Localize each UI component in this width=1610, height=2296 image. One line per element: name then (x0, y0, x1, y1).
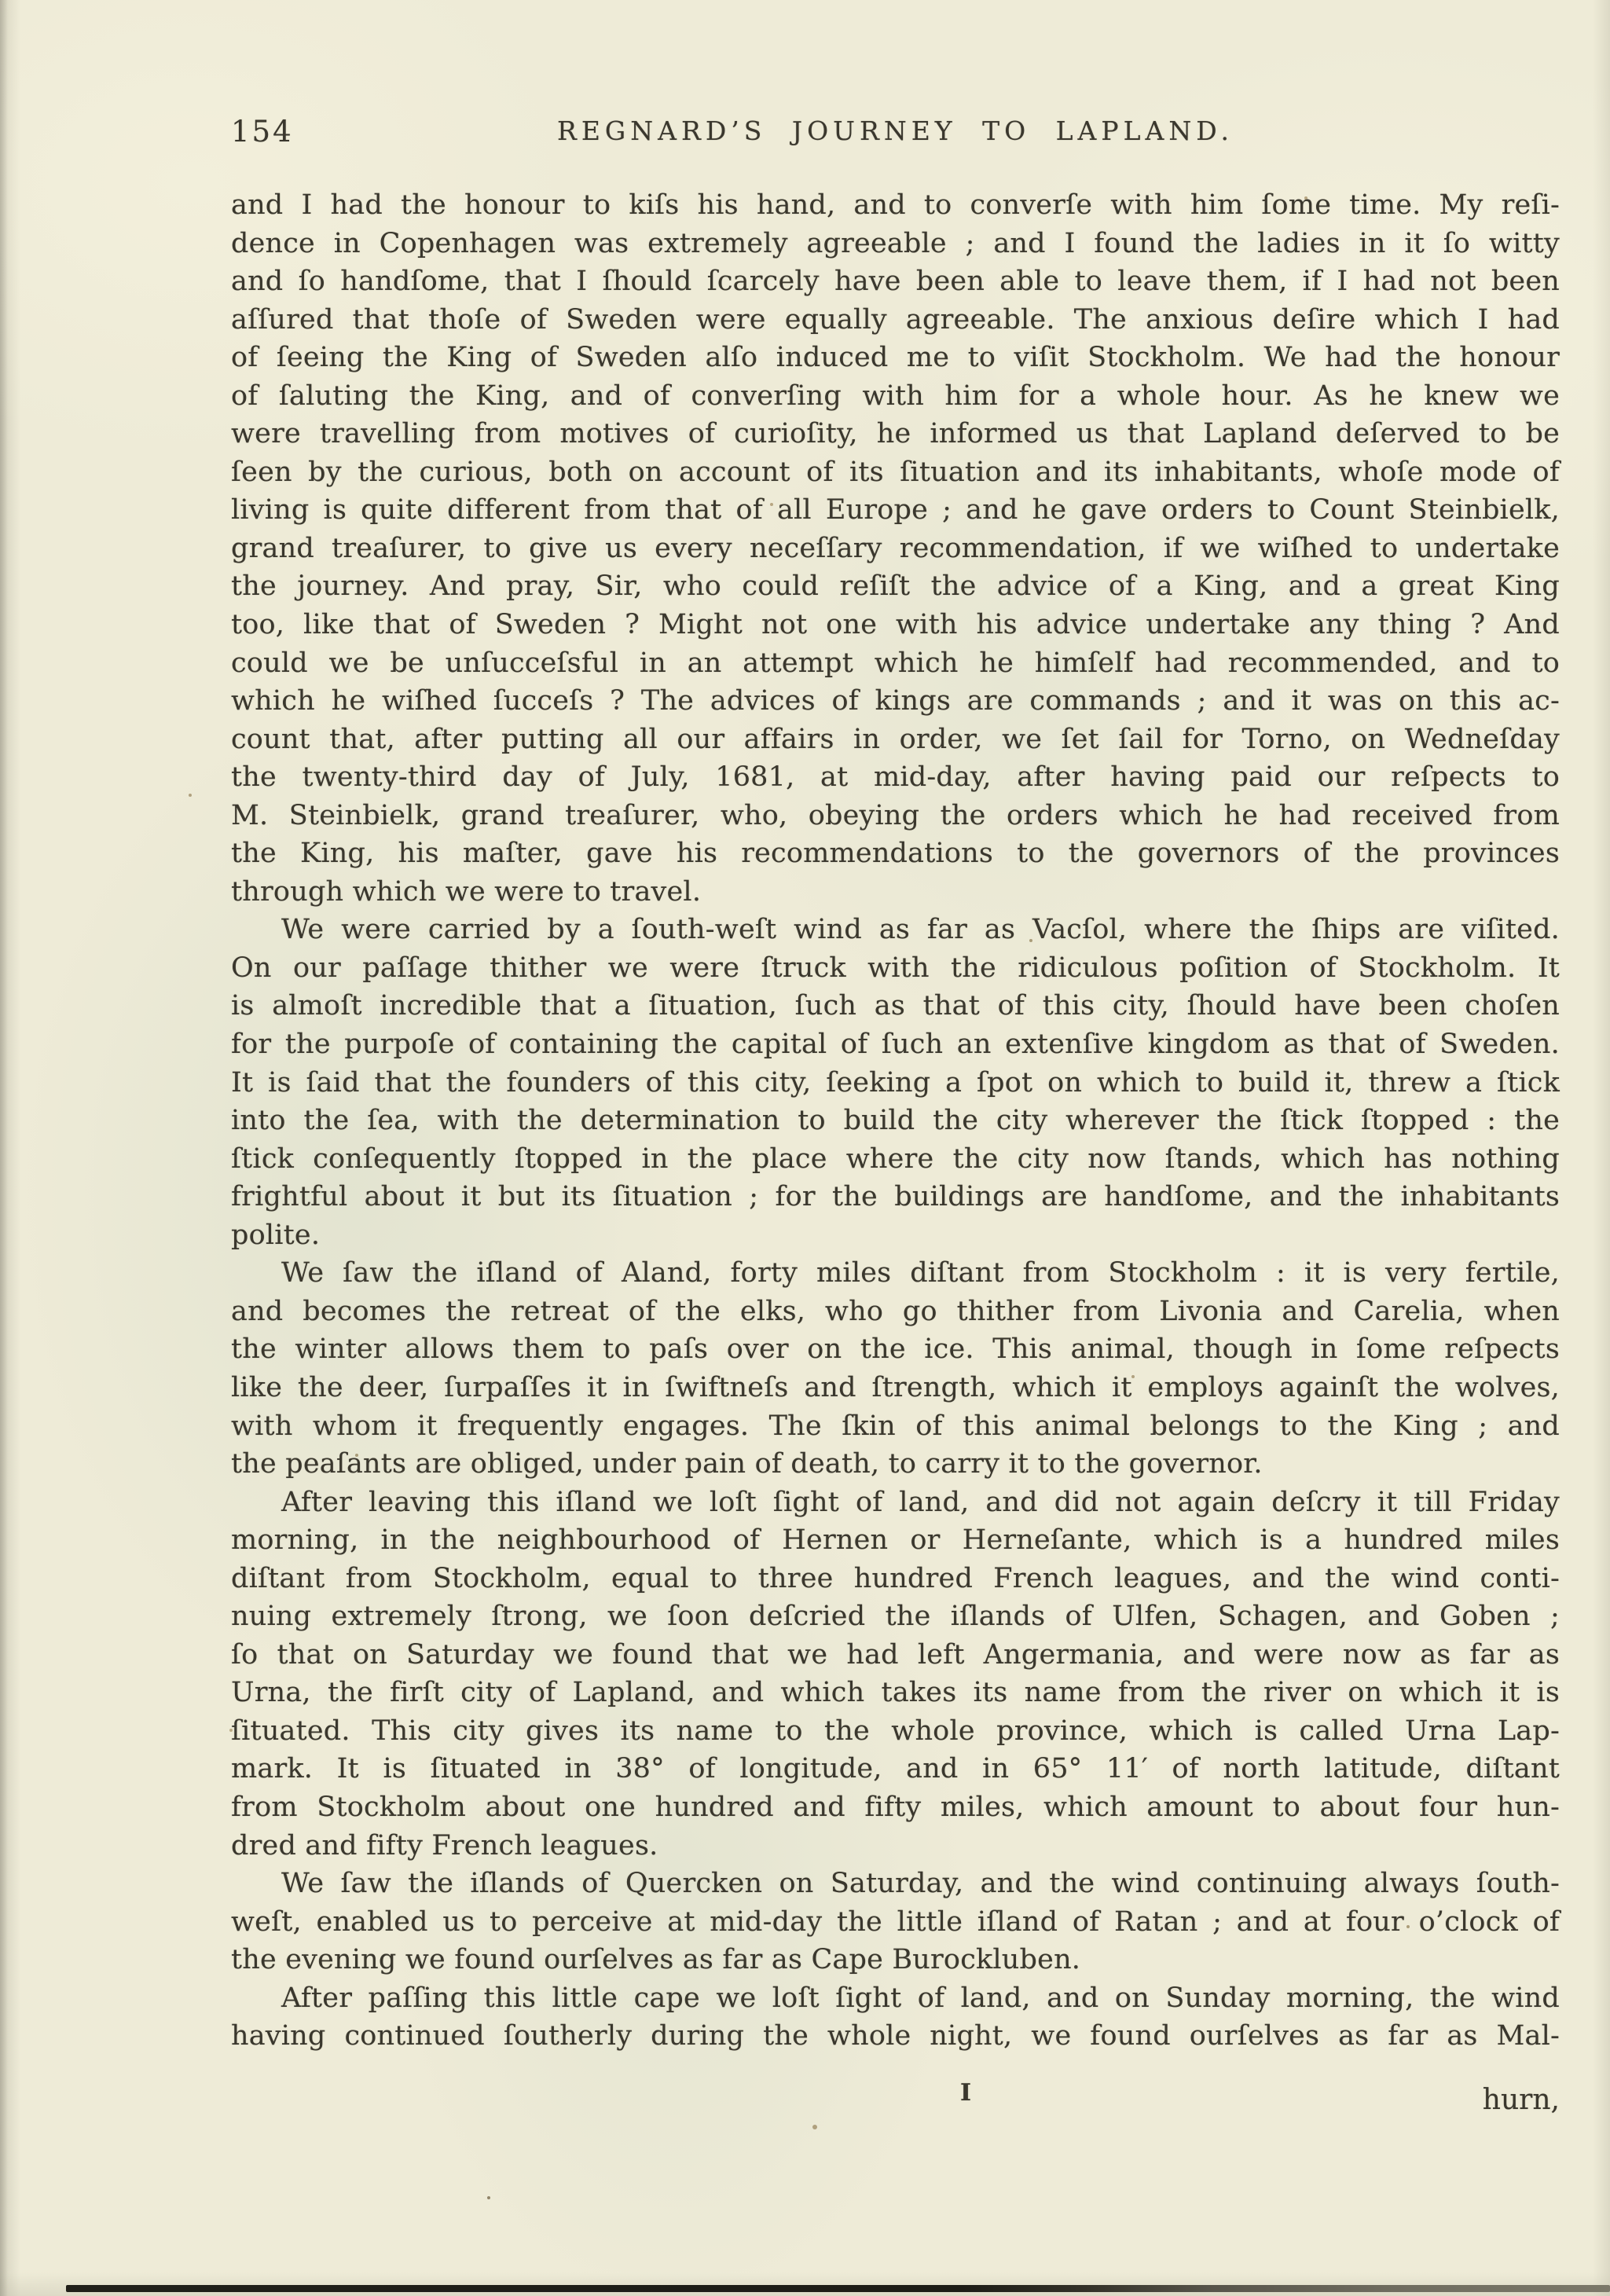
text-line: could we be unſucceſsful in an attempt w… (231, 644, 1560, 683)
text-line: count that, after putting all our affair… (231, 721, 1560, 759)
text-line: the evening we found ourſelves as far as… (231, 1941, 1560, 1979)
text-line: ſtick conſequently ſtopped in the place … (231, 1140, 1560, 1179)
text-line: After paſſing this little cape we loſt ſ… (231, 1979, 1560, 2018)
book-page-scan: 154 REGNARD’S JOURNEY TO LAPLAND. and I … (0, 0, 1610, 2296)
text-line: We ſaw the iſland of Aland, forty miles … (231, 1254, 1560, 1293)
text-line: the journey. And pray, Sir, who could re… (231, 567, 1560, 606)
text-line: were travelling from motives of curioſit… (231, 415, 1560, 453)
text-line: which he wiſhed ſucceſs ? The advices of… (231, 682, 1560, 721)
text-line: having continued ſoutherly during the wh… (231, 2017, 1560, 2056)
text-line: frightful about it but its ſituation ; f… (231, 1178, 1560, 1216)
text-line: diſtant from Stockholm, equal to three h… (231, 1560, 1560, 1598)
text-line: with whom it frequently engages. The ſki… (231, 1407, 1560, 1446)
text-line: from Stockholm about one hundred and fif… (231, 1788, 1560, 1827)
text-line: grand treaſurer, to give us every neceſſ… (231, 530, 1560, 568)
text-line: dence in Copenhagen was extremely agreea… (231, 225, 1560, 263)
text-line: ſeen by the curious, both on account of … (231, 453, 1560, 492)
catchword: hurn, (231, 2084, 1560, 2116)
text-line: Urna, the firſt city of Lapland, and whi… (231, 1674, 1560, 1712)
text-line: of ſeeing the King of Sweden alſo induce… (231, 339, 1560, 377)
text-line: is almoſt incredible that a ſituation, ſ… (231, 987, 1560, 1025)
text-line: morning, in the neighbourhood of Hernen … (231, 1521, 1560, 1560)
text-line: nuing extremely ſtrong, we ſoon deſcried… (231, 1597, 1560, 1636)
left-edge-shadow (0, 0, 8, 2296)
text-line: It is ſaid that the founders of this cit… (231, 1064, 1560, 1102)
text-line: We were carried by a ſouth-weſt wind as … (231, 911, 1560, 949)
text-line: and ſo handſome, that I ſhould ſcarcely … (231, 262, 1560, 301)
text-line: the King, his maſter, gave his recommend… (231, 834, 1560, 873)
text-line: too, like that of Sweden ? Might not one… (231, 606, 1560, 644)
text-line: polite. (231, 1216, 1560, 1255)
text-line: of ſaluting the King, and of converſing … (231, 377, 1560, 416)
text-line: for the purpoſe of containing the capita… (231, 1025, 1560, 1064)
text-line: We ſaw the iſlands of Quercken on Saturd… (231, 1865, 1560, 1903)
text-line: ſo that on Saturday we found that we had… (231, 1636, 1560, 1674)
bottom-edge-shadow (66, 2285, 1610, 2292)
text-line: M. Steinbielk, grand treaſurer, who, obe… (231, 797, 1560, 835)
text-line: dred and fifty French leagues. (231, 1827, 1560, 1865)
text-line: mark. It is ſituated in 38° of longitude… (231, 1750, 1560, 1788)
text-line: living is quite different from that of a… (231, 491, 1560, 530)
text-line: the peaſants are obliged, under pain of … (231, 1445, 1560, 1484)
text-line: into the ſea, with the determination to … (231, 1102, 1560, 1140)
page-text: and I had the honour to kiſs his hand, a… (231, 186, 1560, 2056)
text-line: After leaving this iſland we loſt ſight … (231, 1484, 1560, 1522)
text-line: the winter allows them to paſs over on t… (231, 1330, 1560, 1369)
text-line: On our paſſage thither we were ſtruck wi… (231, 949, 1560, 988)
text-line: weſt, enabled us to perceive at mid-day … (231, 1903, 1560, 1942)
text-line: aſſured that thoſe of Sweden were equall… (231, 301, 1560, 339)
text-line: and becomes the retreat of the elks, who… (231, 1293, 1560, 1331)
text-line: through which we were to travel. (231, 873, 1560, 911)
text-line: ſituated. This city gives its name to th… (231, 1712, 1560, 1751)
text-line: the twenty-third day of July, 1681, at m… (231, 758, 1560, 797)
paper-speckles (355, 1454, 358, 1457)
text-line: and I had the honour to kiſs his hand, a… (231, 186, 1560, 225)
running-title: REGNARD’S JOURNEY TO LAPLAND. (231, 116, 1560, 146)
text-line: like the deer, ſurpaſſes it in ſwiftneſs… (231, 1369, 1560, 1407)
